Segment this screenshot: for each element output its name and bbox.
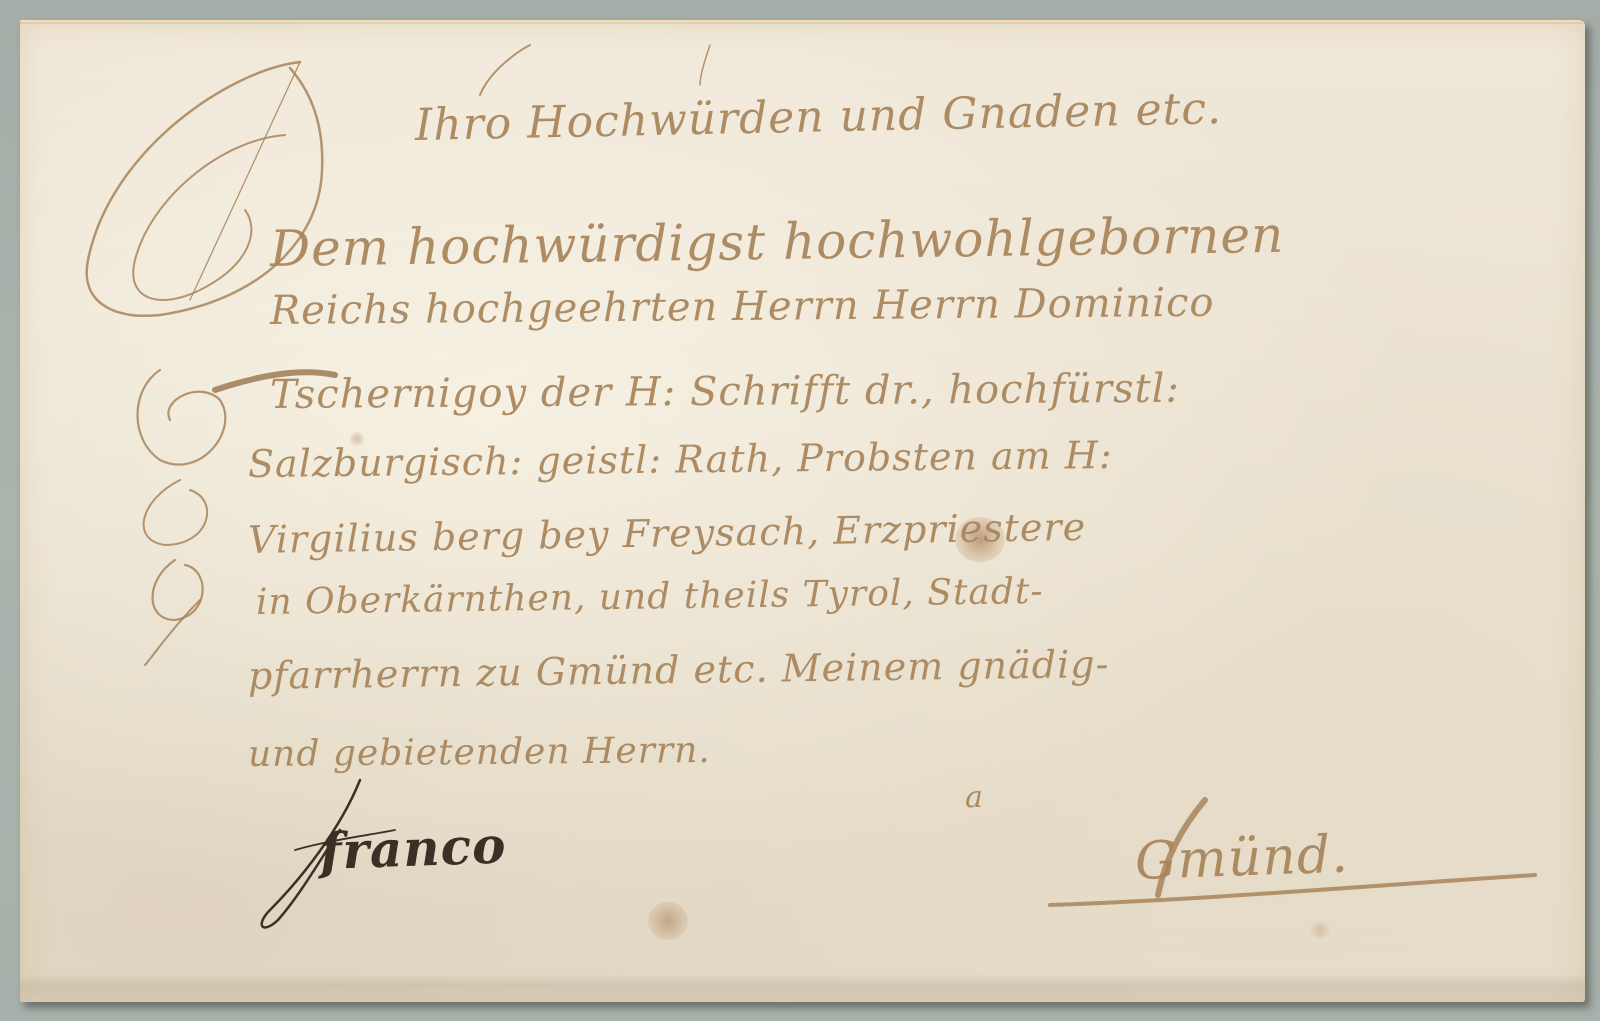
- calligraphic-flourish: [0, 0, 1600, 1021]
